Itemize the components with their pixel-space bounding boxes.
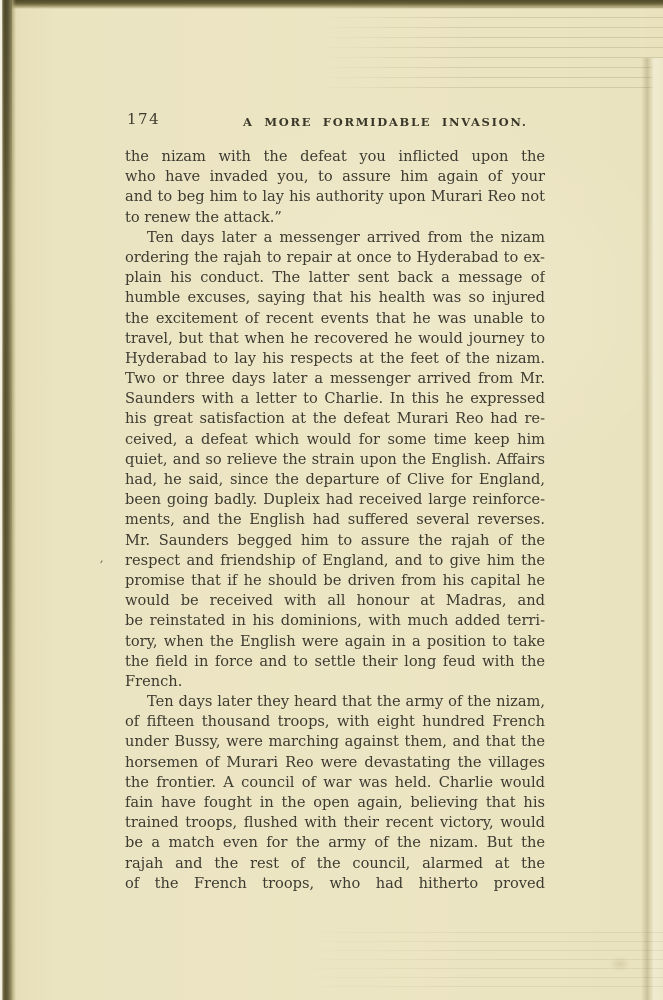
book-page-scan: 174 A MORE FORMIDABLE INVASION. ’ the ni… bbox=[0, 0, 663, 1000]
text-line: humble excuses, saying that his health w… bbox=[125, 288, 545, 308]
text-line: plain his conduct. The latter sent back … bbox=[125, 268, 545, 288]
text-line: Ten days later they heard that the army … bbox=[125, 692, 545, 712]
text-line: horsemen of Murari Reo were devastating … bbox=[125, 753, 545, 773]
book-gutter-shadow bbox=[0, 0, 16, 1000]
page-number: 174 bbox=[127, 110, 160, 128]
text-line: and to beg him to lay his authority upon… bbox=[125, 187, 545, 207]
text-line: of the French troops, who had hitherto p… bbox=[125, 874, 545, 894]
text-line: the nizam with the defeat you inflicted … bbox=[125, 147, 545, 167]
text-line: trained troops, flushed with their recen… bbox=[125, 813, 545, 833]
text-line: to renew the attack.” bbox=[125, 208, 545, 228]
page-fore-edge bbox=[641, 58, 663, 1000]
running-head-title: A MORE FORMIDABLE INVASION. bbox=[243, 115, 528, 129]
page-stack-edges-top bbox=[318, 7, 663, 95]
text-line: French. bbox=[125, 672, 545, 692]
text-line: respect and friendship of England, and t… bbox=[125, 551, 545, 571]
text-line: Saunders with a letter to Charlie. In th… bbox=[125, 389, 545, 409]
text-line: ceived, a defeat which would for some ti… bbox=[125, 430, 545, 450]
text-line: tory, when the English were again in a p… bbox=[125, 632, 545, 652]
text-line: travel, but that when he recovered he wo… bbox=[125, 329, 545, 349]
text-line: ordering the rajah to repair at once to … bbox=[125, 248, 545, 268]
margin-mark: ’ bbox=[98, 558, 104, 572]
text-line: rajah and the rest of the council, alarm… bbox=[125, 854, 545, 874]
text-line: Two or three days later a messenger arri… bbox=[125, 369, 545, 389]
text-line: ments, and the English had suffered seve… bbox=[125, 510, 545, 530]
text-line: fain have fought in the open again, beli… bbox=[125, 793, 545, 813]
text-line: who have invaded you, to assure him agai… bbox=[125, 167, 545, 187]
text-line: Mr. Saunders begged him to assure the ra… bbox=[125, 531, 545, 551]
text-line: quiet, and so relieve the strain upon th… bbox=[125, 450, 545, 470]
text-line: his great satisfaction at the defeat Mur… bbox=[125, 409, 545, 429]
text-line: be a match even for the army of the niza… bbox=[125, 833, 545, 853]
text-line: under Bussy, were marching against them,… bbox=[125, 732, 545, 752]
paper-smudge bbox=[609, 956, 631, 972]
page-body: the nizam with the defeat you inflicted … bbox=[125, 147, 545, 894]
text-line: the excitement of recent events that he … bbox=[125, 309, 545, 329]
page-stack-edges-bottom bbox=[293, 932, 663, 992]
text-line: promise that if he should be driven from… bbox=[125, 571, 545, 591]
text-line: had, he said, since the departure of Cli… bbox=[125, 470, 545, 490]
text-line: of fifteen thousand troops, with eight h… bbox=[125, 712, 545, 732]
text-line: the field in force and to settle their l… bbox=[125, 652, 545, 672]
text-line: the frontier. A council of war was held.… bbox=[125, 773, 545, 793]
text-line: been going badly. Dupleix had received l… bbox=[125, 490, 545, 510]
text-line: Hyderabad to lay his respects at the fee… bbox=[125, 349, 545, 369]
text-line: would be received with all honour at Mad… bbox=[125, 591, 545, 611]
text-line: be reinstated in his dominions, with muc… bbox=[125, 611, 545, 631]
text-line: Ten days later a messenger arrived from … bbox=[125, 228, 545, 248]
